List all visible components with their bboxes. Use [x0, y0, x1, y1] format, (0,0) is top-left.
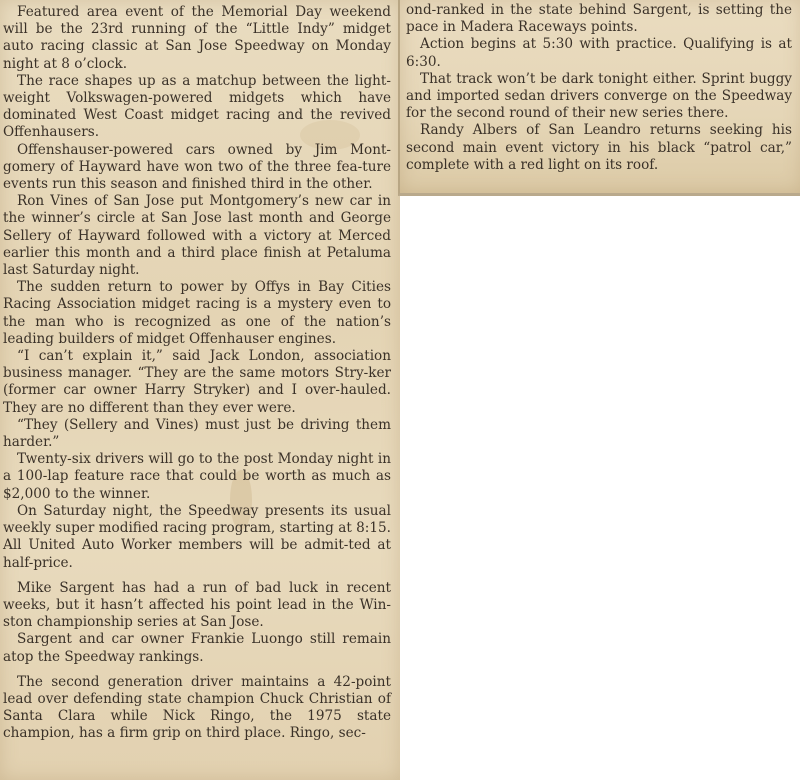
paragraph: “I can’t explain it,” said Jack London, …: [3, 348, 391, 417]
paragraph: Sargent and car owner Frankie Luongo sti…: [3, 631, 391, 665]
paragraph: Ron Vines of San Jose put Montgomery’s n…: [3, 193, 391, 279]
paragraph: Featured area event of the Memorial Day …: [3, 4, 391, 73]
paragraph: Twenty-six drivers will go to the post M…: [3, 451, 391, 503]
paragraph: The second generation driver maintains a…: [3, 674, 391, 743]
paragraph: The sudden return to power by Offys in B…: [3, 279, 391, 348]
article-right-column: ond-ranked in the state behind Sargent, …: [406, 2, 792, 174]
paragraph: Action begins at 5:30 with practice. Qua…: [406, 36, 792, 70]
paragraph: Offenshauser-powered cars owned by Jim M…: [3, 142, 391, 194]
paragraph: On Saturday night, the Speedway presents…: [3, 503, 391, 572]
paragraph: ond-ranked in the state behind Sargent, …: [406, 2, 792, 36]
article-left-column: Featured area event of the Memorial Day …: [3, 4, 391, 743]
paragraph: Mike Sargent has had a run of bad luck i…: [3, 580, 391, 632]
paragraph: “They (Sellery and Vines) must just be d…: [3, 417, 391, 451]
paragraph: The race shapes up as a matchup between …: [3, 73, 391, 142]
paragraph: Randy Albers of San Leandro returns seek…: [406, 122, 792, 174]
paragraph: That track won’t be dark tonight either.…: [406, 71, 792, 123]
